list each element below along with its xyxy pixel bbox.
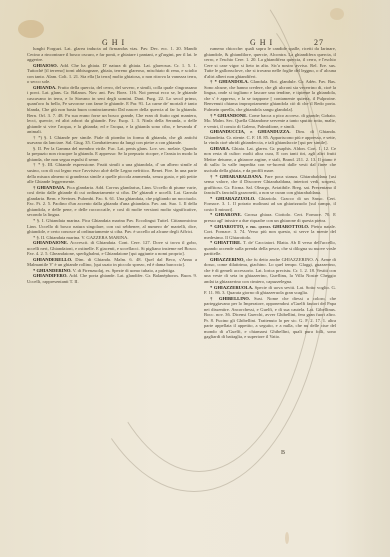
entry-headword: † GHIBELLINO. — [210, 296, 250, 301]
entry-definition: lunghi Forguzi. Lat. glarea inducta ad f… — [27, 46, 197, 62]
entry-definition: §. II. Per la Gamma del membro virile. F… — [27, 146, 197, 162]
dictionary-entry: lunghi Forguzi. Lat. glarea inducta ad f… — [27, 46, 197, 63]
dictionary-entry: GHIANDERELLO. Dim. di Ghianda. Malm. 6. … — [27, 257, 197, 268]
entry-definition: † *) §. I. Ghiande per simile. Fiale di … — [27, 135, 197, 146]
entry-headword: * GHIATTIRE. — [210, 240, 241, 245]
entry-definition: Sust. Nome che diessi a coloro, che part… — [204, 296, 336, 340]
dictionary-entry: GHIAIOSO. Add. Che ha ghiaia. D' natura … — [27, 63, 197, 85]
entry-headword: * GHIANDERINO. — [33, 268, 72, 273]
page-edge-shadow — [344, 0, 390, 557]
entry-definition: Pica glandaria. Add. Corvus glandarius, … — [27, 185, 197, 218]
dictionary-entry: GHIANDA. Frutto della quercia, del cerro… — [27, 85, 197, 135]
dictionary-entry: * §. I. Ghiandaia marina. Pica Ghiandaia… — [27, 218, 197, 235]
entry-headword: GHIANDAIONE. — [33, 240, 68, 245]
entry-headword: GHIAIOSO. — [33, 63, 58, 68]
left-column: lunghi Forguzi. Lat. glarea inducta ad f… — [27, 46, 197, 285]
entry-headword: † * GHIARABALDANA. — [210, 174, 262, 179]
entry-definition: * §. II. Ghiandaia marina. V. GAZZERA MA… — [33, 235, 129, 240]
entry-headword: GHIANDIFERO. — [33, 273, 68, 278]
dictionary-entry: * GHIARONE. Grossa ghiara. Ciottolo. Cer… — [204, 212, 336, 223]
right-column: rumeno chiocche: quali sopra le candide … — [204, 46, 336, 340]
dictionary-entry: GHIANDUCCIA, e GHIANDUZZA. Dim. di Ghian… — [204, 129, 336, 146]
entry-headword: GHIAZZERINO, — [210, 257, 245, 262]
entry-definition: rumeno chiocche: quali sopra le candide … — [204, 46, 336, 79]
dictionary-entry: GHIAZZERINO, che fu detto anche GHIAZZER… — [204, 257, 336, 285]
entry-headword: * GHIARONE. — [210, 212, 242, 217]
foxing-stain — [330, 8, 344, 20]
foxing-stain — [285, 532, 289, 544]
dictionary-entry: GHIANDAIONE. Accrescit. di Ghiandaia. Co… — [27, 240, 197, 257]
entry-headword: † GHIANDAIA. — [33, 185, 65, 190]
foxing-stain — [18, 20, 44, 38]
entry-headword: * GHIAZZERUOLA. — [210, 285, 253, 290]
entry-headword: * GHIARAZZUOLO. — [210, 196, 255, 201]
entry-definition: Glandula. Bot. glandule. Gr. Adén. Fav. … — [204, 79, 336, 112]
dictionary-entry: GHIARA. Ghiaia. Lat. glarea. Gr. psaphis… — [204, 146, 336, 174]
entry-definition: Frutto della quercia, del cerro, del sov… — [27, 85, 197, 134]
dictionary-entry: GHIANDIFERO. Add. Che porta ghiande. Lat… — [27, 273, 197, 284]
dictionary-entry: † * GHIANDONE. Come bacca a pico accresc… — [204, 113, 336, 130]
dictionary-entry: * GHIARAZZUOLO. Ghiariolo. Gracco di un … — [204, 196, 336, 213]
dictionary-entry: † GHIBELLINO. Sust. Nome che diessi a co… — [204, 296, 336, 340]
dictionary-entry: † * GHIARABALDANA. Fare poca stanza. Ghi… — [204, 174, 336, 196]
entry-definition: * §. I. Ghiandaia marina. Pica Ghiandaia… — [27, 218, 197, 234]
entry-headword: * GHIAROTTO, e pri. questa GHIAROTTOLO. — [210, 224, 309, 229]
dictionary-entry: * GHIAROTTO, e pri. questa GHIAROTTOLO. … — [204, 224, 336, 241]
entry-headword: GHIANDA. — [33, 85, 56, 90]
entry-headword: GHIANDUCCIA, e GHIANDUZZA. — [210, 129, 290, 134]
entry-headword: GHIARA. — [210, 146, 230, 151]
dictionary-entry: † * §. III. Ghiande espressione. Frutti … — [27, 162, 197, 184]
dictionary-entry: † * GHIANDOLA. Glandula. Bot. glandule. … — [204, 79, 336, 112]
dictionary-entry: † GHIANDAIA. Pica glandaria. Add. Corvus… — [27, 185, 197, 218]
entry-definition: V. di Firenzuolaj, es. Spezie di uomo tu… — [73, 268, 176, 273]
entry-definition: † * §. III. Ghiande espressione. Frutti … — [27, 162, 197, 184]
dictionary-entry: † *) §. I. Ghiande per simile. Fiale di … — [27, 135, 197, 146]
entry-headword: GHIANDERELLO. — [33, 257, 72, 262]
entry-headword: † * GHIANDOLA. — [210, 79, 249, 84]
signature-mark: B — [281, 450, 285, 456]
dictionary-entry: * GHIAZZERUOLA. Specie di uova seviti. L… — [204, 285, 336, 296]
dictionary-entry: * GHIATTIRE. T. de' Cacciatori. Blatta. … — [204, 240, 336, 257]
dictionary-entry: §. II. Per la Gamma del membro virile. F… — [27, 146, 197, 163]
entry-headword: † * GHIANDONE. — [210, 113, 247, 118]
dictionary-entry: rumeno chiocche: quali sopra le candide … — [204, 46, 336, 79]
